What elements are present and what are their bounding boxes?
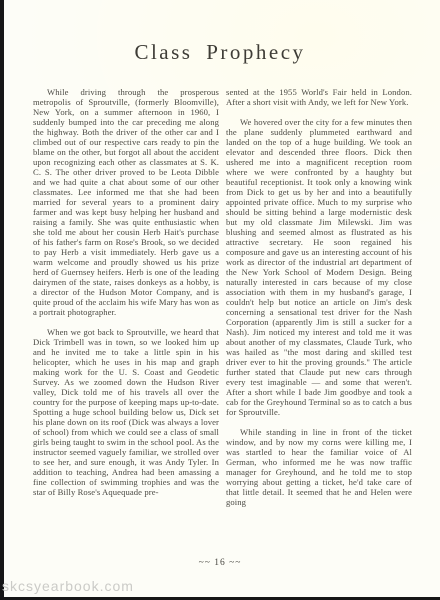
page-number: ~~ 16 ~~	[0, 558, 440, 568]
text-columns: While driving through the prosperous met…	[33, 87, 412, 517]
paragraph: When we got back to Sproutville, we hear…	[33, 327, 219, 497]
paragraph: While standing in line in front of the t…	[226, 427, 412, 507]
yearbook-page: Class Prophecy While driving through the…	[0, 0, 440, 600]
paragraph: sented at the 1955 World's Fair held in …	[226, 87, 412, 107]
page-title: Class Prophecy	[0, 40, 440, 65]
column-right: sented at the 1955 World's Fair held in …	[226, 87, 412, 517]
column-left: While driving through the prosperous met…	[33, 87, 219, 517]
watermark: skcsyearbook.com	[2, 578, 134, 594]
scan-edge-left	[0, 0, 4, 600]
paragraph: While driving through the prosperous met…	[33, 87, 219, 317]
paragraph: We hovered over the city for a few minut…	[226, 117, 412, 417]
